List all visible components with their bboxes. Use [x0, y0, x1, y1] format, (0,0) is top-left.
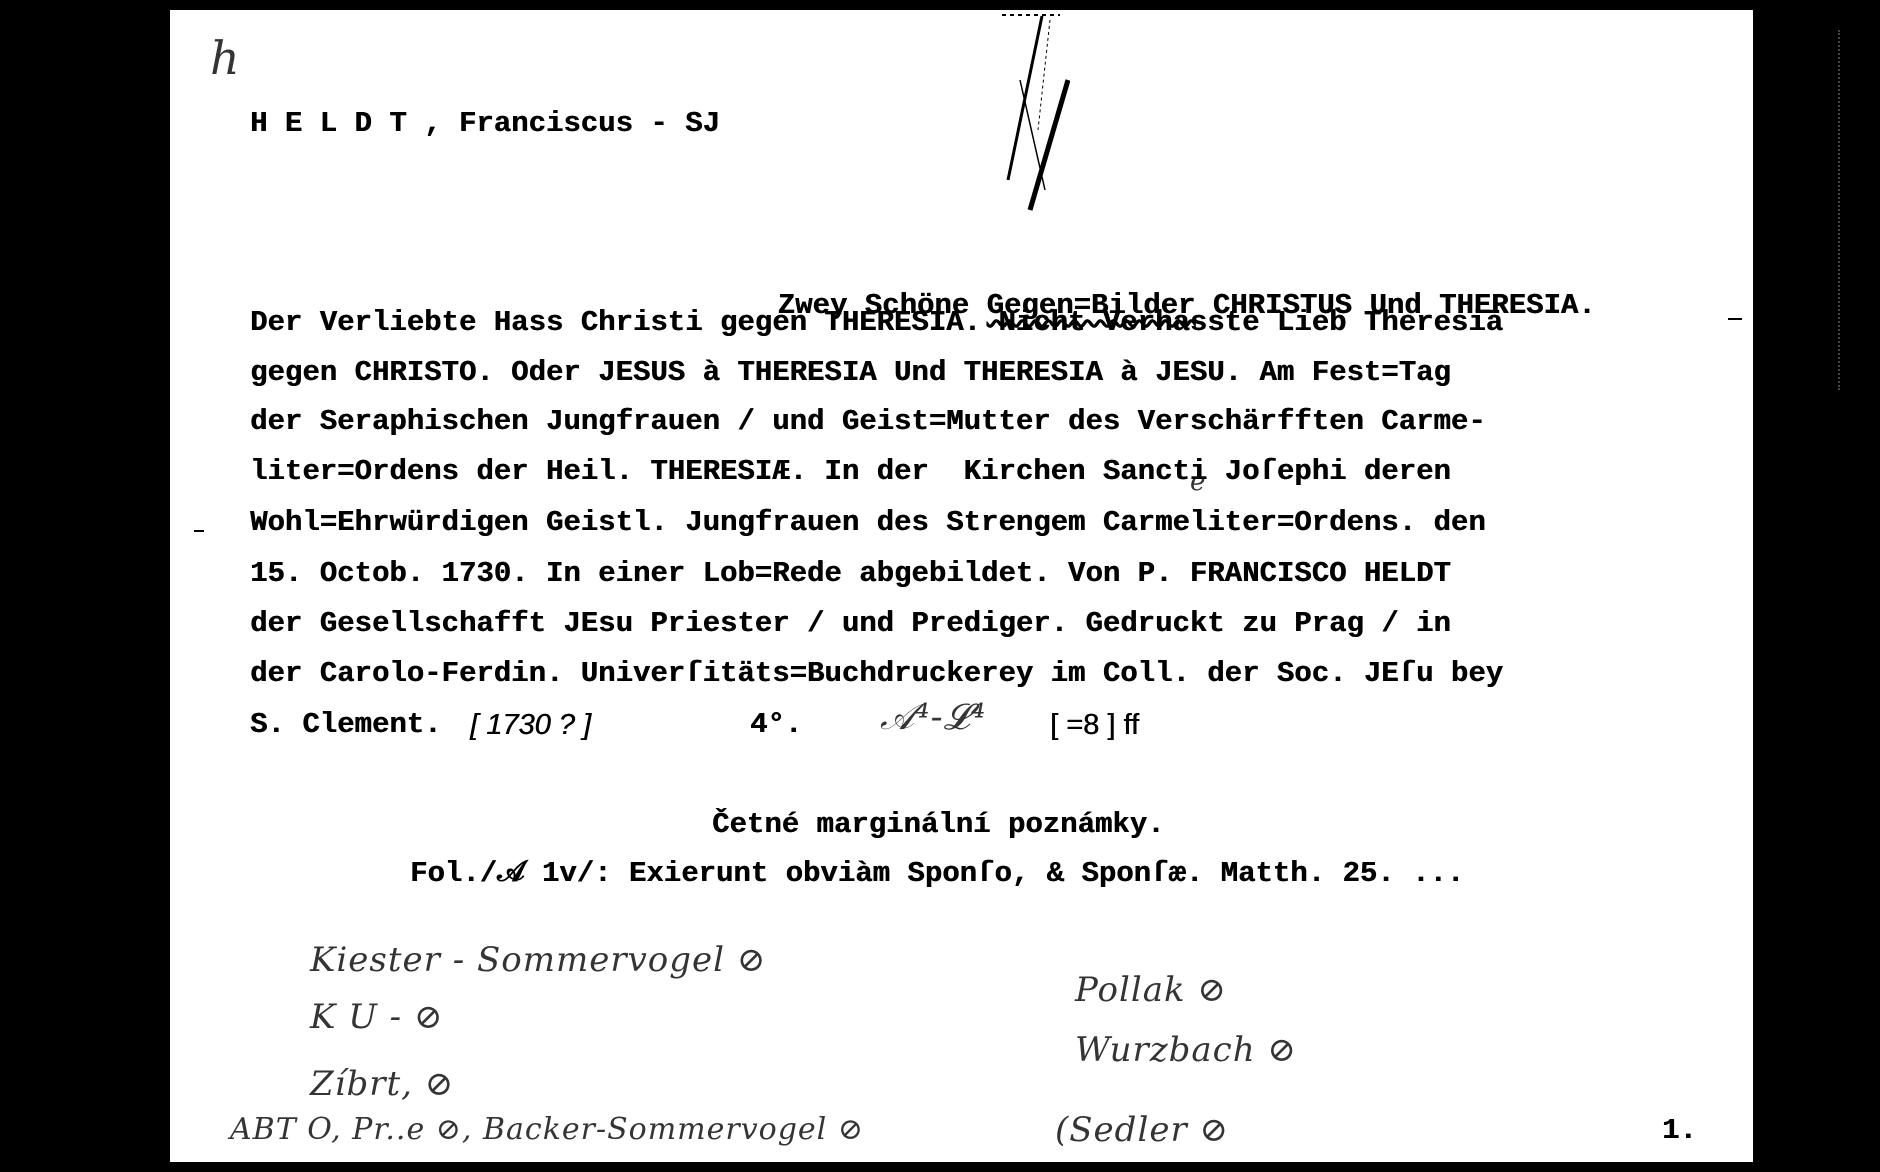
notes-heading: Četné marginální poznámky.	[712, 808, 1164, 842]
imprint-leaves: [ =8 ] ff	[1050, 708, 1139, 742]
body-line: der Carolo-Ferdin. Univerſitäts=Buchdruc…	[250, 657, 1503, 691]
catalog-card: h H E L D T , Franciscus - SJ Zwey Schön…	[170, 10, 1753, 1162]
body-line: Der Verliebte Hass Christi gegen THERESI…	[250, 306, 1503, 340]
body-line: der Gesellschafft JEsu Priester / und Pr…	[250, 607, 1451, 641]
body-line: liter=Ordens der Heil. THERESIÆ. In der …	[250, 455, 1451, 489]
scan-edge-marks	[1838, 30, 1842, 390]
body-line: gegen CHRISTO. Oder JESUS à THERESIA Und…	[250, 356, 1451, 390]
imprint-format: 4°.	[750, 708, 802, 742]
notes-line: Fol./𝒜 1v/: Exierunt obviàm Sponſo, & Sp…	[410, 857, 1464, 891]
handwritten-ref: Pollak ⊘	[1075, 970, 1227, 1010]
body-line: Wohl=Ehrwürdigen Geistl. Jungfrauen des …	[250, 506, 1486, 540]
body-line: 15. Octob. 1730. In einer Lob=Rede abgeb…	[250, 557, 1451, 591]
handwritten-ref: Zíbrt, ⊘	[310, 1064, 454, 1104]
handwritten-ref: ABT O, Pr..e ⊘, Backer-Sommervogel ⊘	[230, 1110, 864, 1150]
imprint-collation: 𝒜⁴-𝓛⁴	[880, 698, 986, 738]
handwritten-ref: Kiester - Sommervogel ⊘	[310, 940, 766, 980]
handwritten-ref: K U - ⊘	[310, 997, 443, 1037]
card-heading: H E L D T , Franciscus - SJ	[250, 107, 720, 141]
correction-superscript: e	[1190, 462, 1206, 502]
corner-mark: h	[210, 38, 241, 78]
imprint-place: S. Clement.	[250, 708, 441, 742]
imprint-date: [ 1730 ? ]	[470, 708, 591, 742]
margin-tick	[1728, 318, 1742, 320]
margin-tick	[194, 530, 204, 532]
handwritten-ref: Wurzbach ⊘	[1075, 1030, 1297, 1070]
pencil-scribble-icon	[990, 10, 1070, 230]
card-number: 1.	[1662, 1114, 1697, 1148]
handwritten-ref: (Sedler ⊘	[1055, 1110, 1229, 1150]
body-line: der Seraphischen Jungfrauen / und Geist=…	[250, 405, 1486, 439]
